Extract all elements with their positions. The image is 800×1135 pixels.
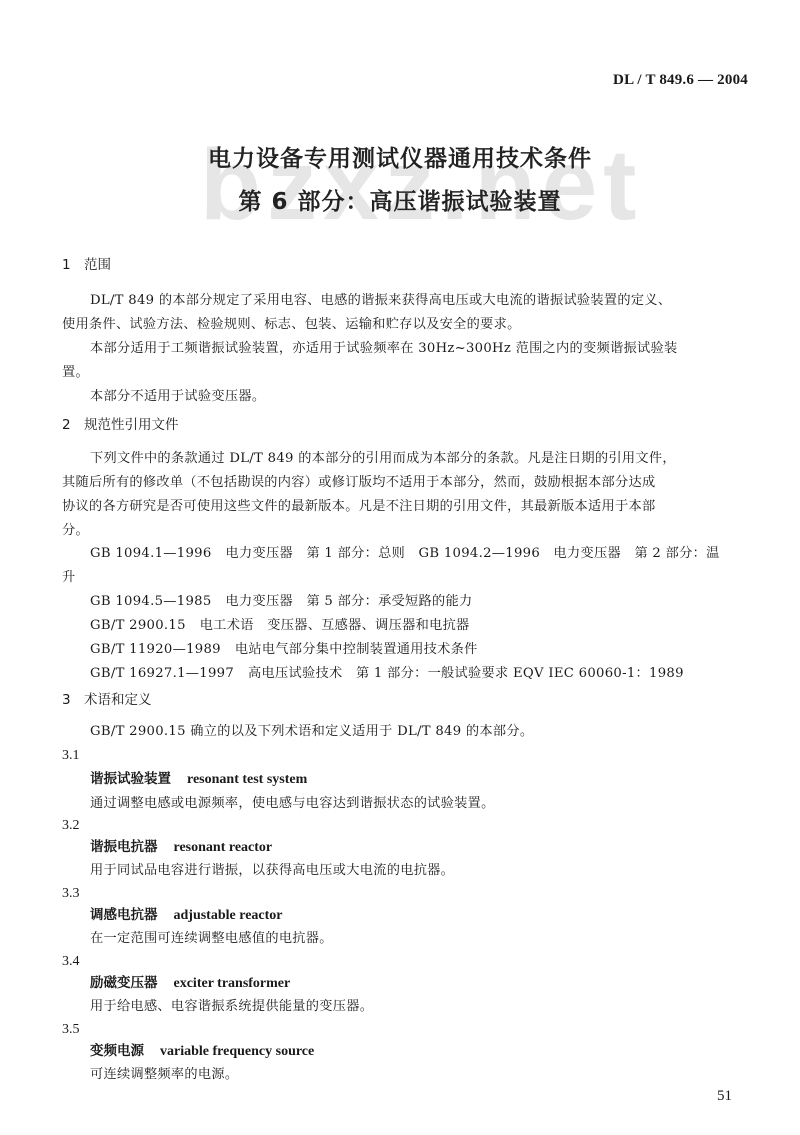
term-number: 3.5	[62, 1023, 80, 1037]
reference-item: GB/T 11920—1989电站电气部分集中控制装置通用技术条件	[90, 643, 478, 656]
term-title: 调感电抗器adjustable reactor	[90, 909, 283, 923]
paragraph: 其随后所有的修改单（不包括勘误的内容）或修订版均不适用于本部分，然而，鼓励根据本…	[62, 476, 655, 489]
term-definition: 用于给电感、电容谐振系统提供能量的变压器。	[90, 1000, 373, 1013]
term-number: 3.4	[62, 955, 80, 969]
term-definition: 在一定范围可连续调整电感值的电抗器。	[90, 932, 333, 945]
paragraph: GB/T 2900.15 确立的以及下列术语和定义适用于 DL/T 849 的本…	[90, 725, 533, 738]
reference-item: GB/T 2900.15电工术语 变压器、互感器、调压器和电抗器	[90, 619, 470, 632]
term-title: 谐振试验装置resonant test system	[90, 773, 307, 787]
paragraph: 本部分适用于工频谐振试验装置，亦适用于试验频率在 30Hz~300Hz 范围之内…	[90, 342, 677, 355]
reference-item: GB 1094.5—1985电力变压器 第 5 部分：承受短路的能力	[90, 595, 472, 608]
paragraph: DL/T 849 的本部分规定了采用电容、电感的谐振来获得高电压或大电流的谐振试…	[90, 294, 671, 307]
paragraph: 使用条件、试验方法、检验规则、标志、包装、运输和贮存以及安全的要求。	[62, 318, 521, 331]
paragraph: 下列文件中的条款通过 DL/T 849 的本部分的引用而成为本部分的条款。凡是注…	[90, 452, 676, 465]
term-number: 3.2	[62, 819, 80, 833]
section-1-heading: 1范围	[62, 259, 111, 273]
term-title: 变频电源variable frequency source	[90, 1045, 314, 1059]
term-title: 励磁变压器exciter transformer	[90, 977, 290, 991]
term-definition: 通过调整电感或电源频率，使电感与电容达到谐振状态的试验装置。	[90, 797, 495, 810]
term-definition: 可连续调整频率的电源。	[90, 1068, 238, 1081]
section-2-heading: 2规范性引用文件	[62, 419, 179, 433]
term-definition: 用于同试品电容进行谐振，以获得高电压或大电流的电抗器。	[90, 864, 454, 877]
paragraph: 分。	[62, 524, 89, 537]
page-number: 51	[717, 1088, 732, 1105]
section-3-heading: 3术语和定义	[62, 694, 152, 708]
reference-item: GB/T 16927.1—1997高电压试验技术 第 1 部分：一般试验要求 E…	[90, 667, 684, 680]
term-title: 谐振电抗器resonant reactor	[90, 841, 272, 855]
document-subtitle: 第 6 部分：高压谐振试验装置	[0, 183, 800, 216]
document-title: 电力设备专用测试仪器通用技术条件	[0, 140, 800, 173]
paragraph: 本部分不适用于试验变压器。	[90, 390, 265, 403]
reference-item: GB 1094.1—1996电力变压器 第 1 部分：总则 GB 1094.2—…	[90, 547, 720, 560]
standard-code: DL / T 849.6 — 2004	[613, 72, 748, 89]
paragraph: 协议的各方研究是否可使用这些文件的最新版本。凡是不注日期的引用文件，其最新版本适…	[62, 500, 655, 513]
term-number: 3.1	[62, 749, 80, 763]
term-number: 3.3	[62, 887, 80, 901]
document-page: DL / T 849.6 — 2004 bzxz.net 电力设备专用测试仪器通…	[0, 0, 800, 1135]
reference-item: 升	[62, 571, 76, 584]
paragraph: 置。	[62, 366, 89, 379]
